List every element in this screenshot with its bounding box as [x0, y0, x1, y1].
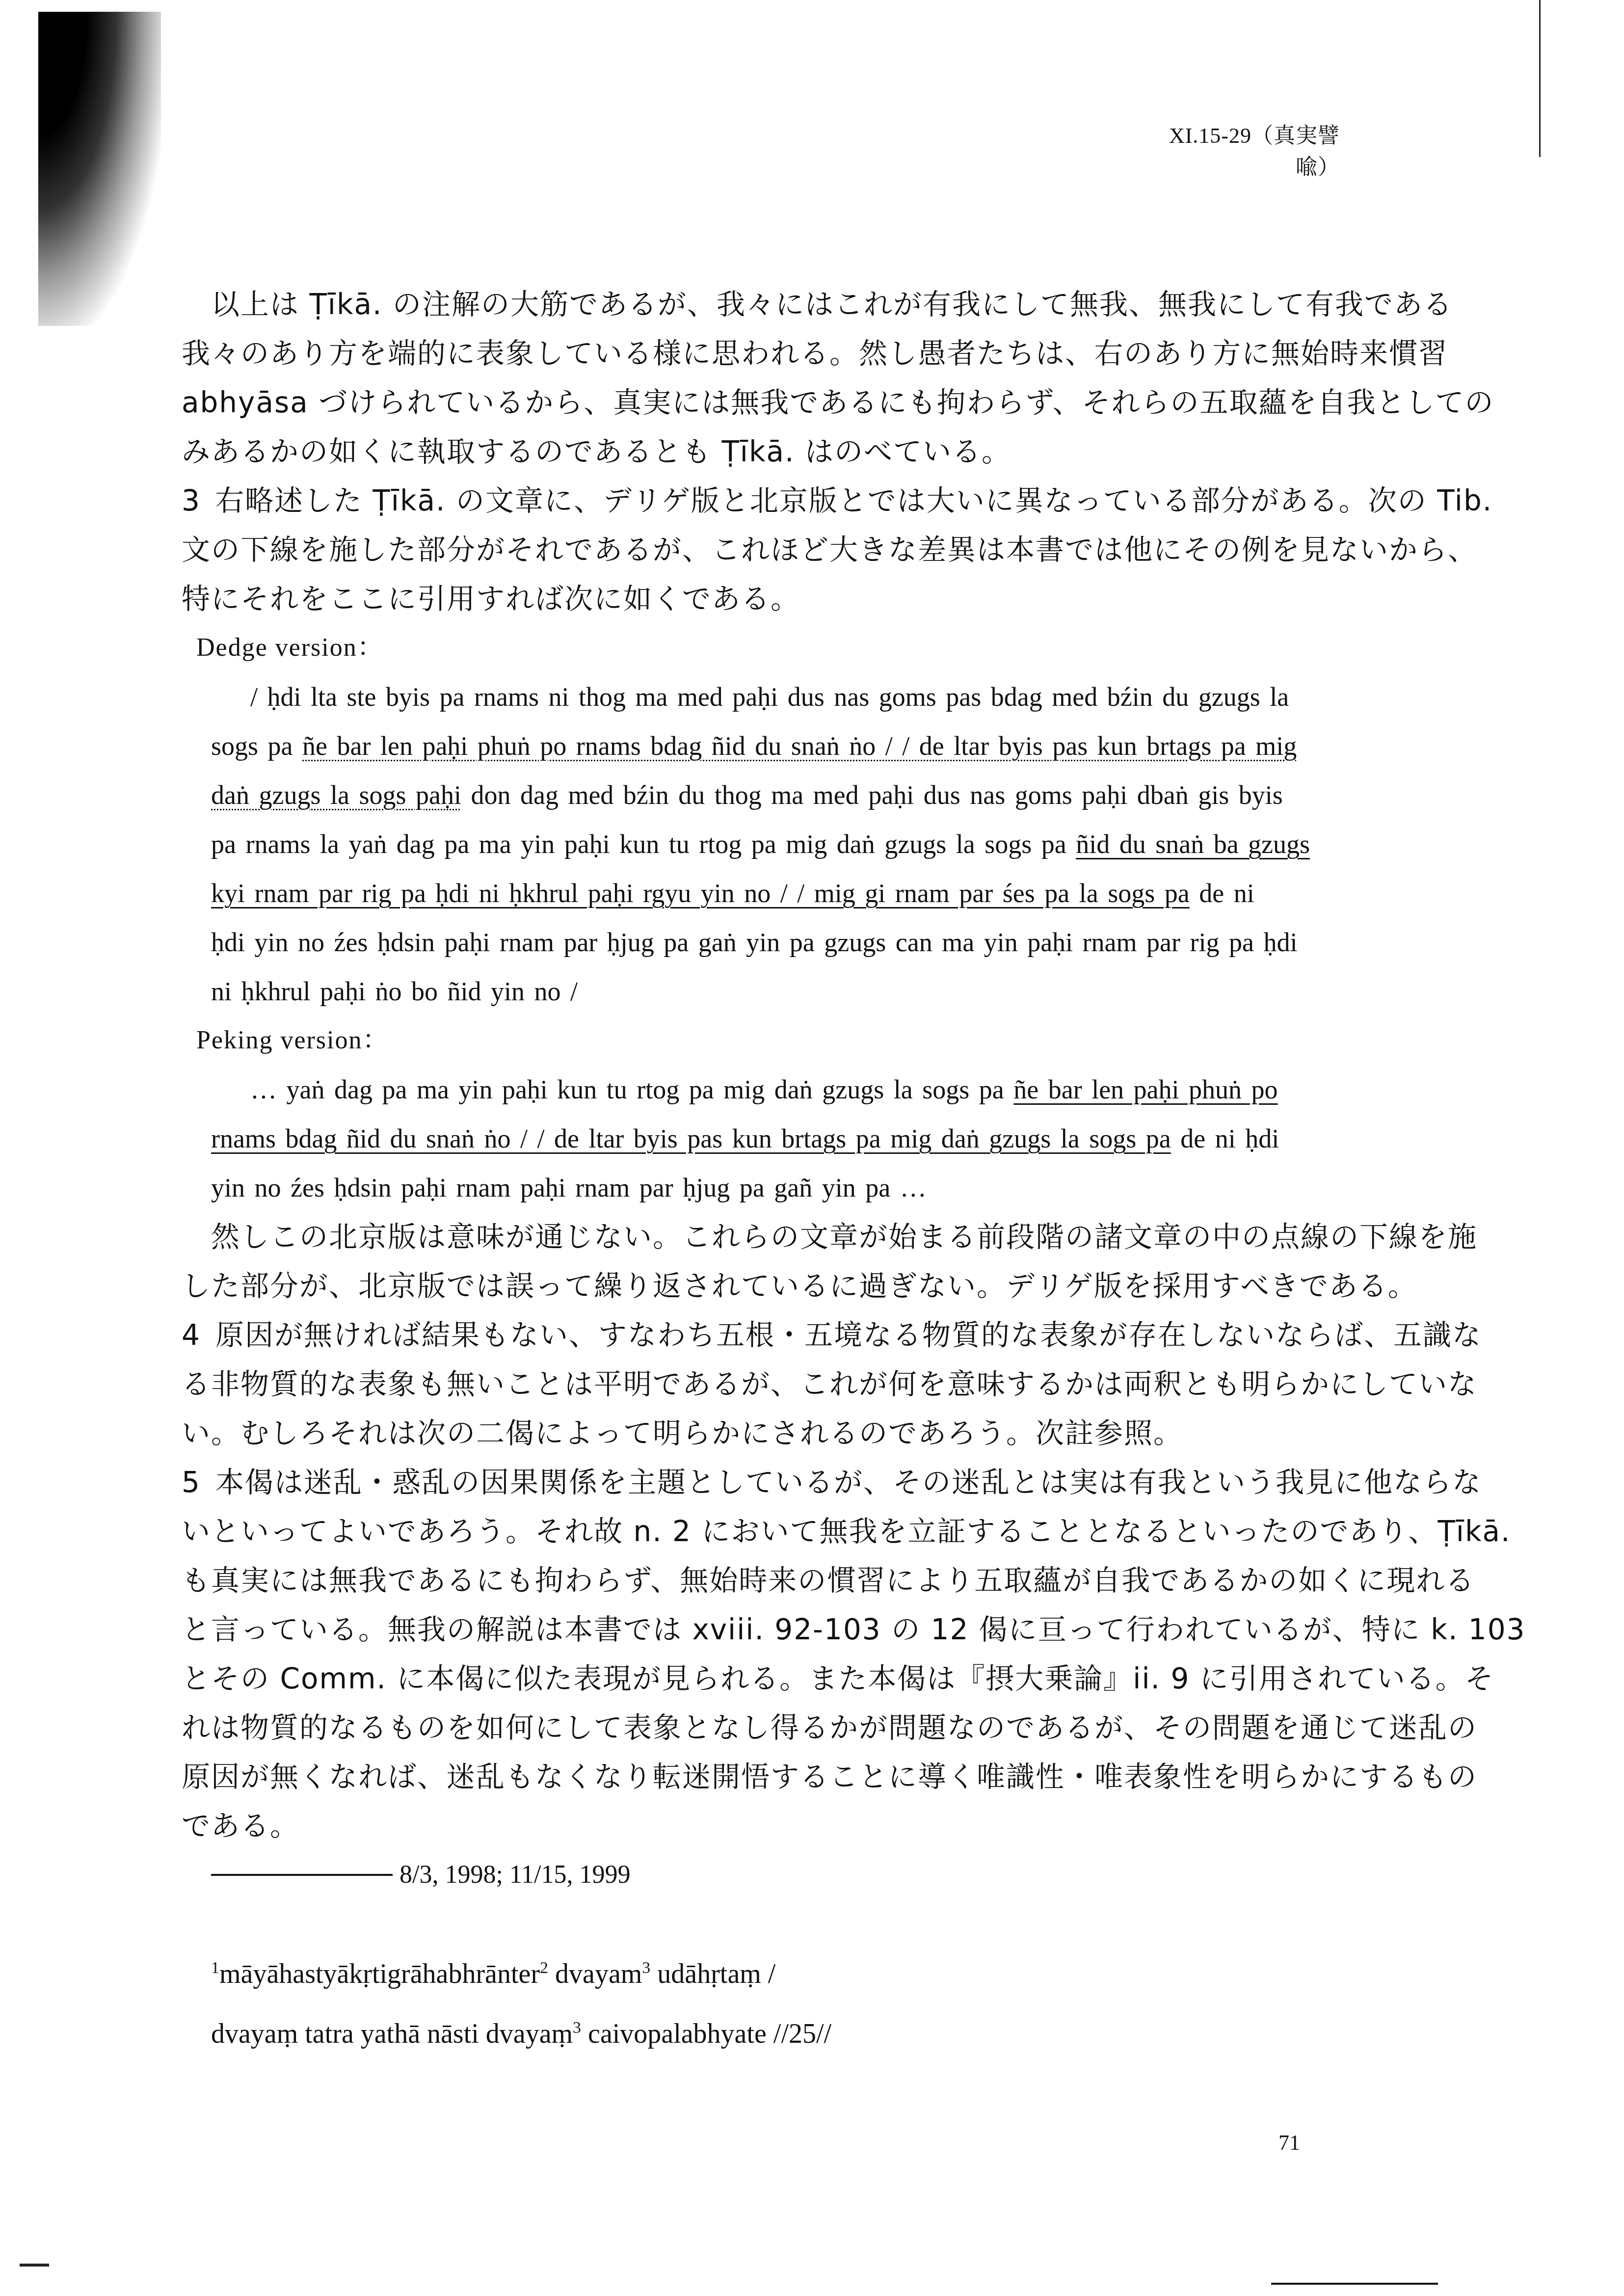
note-3-line: 3右略述した Ṭīkā. の文章に、デリゲ版と北京版とでは大いに異なっている部分…	[182, 476, 1340, 525]
note-5-line: 5本偈は迷乱・惑乱の因果関係を主題としているが、その迷乱とは実は有我という我見に…	[182, 1458, 1340, 1507]
tibetan-text: ḥdi yin no źes ḥdsin paḥi rnam par ḥjug …	[211, 928, 1297, 957]
scan-mark	[20, 2264, 49, 2267]
page-edge-rule	[1271, 2283, 1438, 2285]
underlined-text: rnams bdag ñid du snaṅ ṅo / / de ltar by…	[211, 1124, 1171, 1153]
tibetan-text: pa rnams la yaṅ dag pa ma yin paḥi kun t…	[211, 829, 1076, 859]
paragraph-line: 以上は Ṭīkā. の注解の大筋であるが、我々にはこれが有我にして無我、無我にし…	[182, 280, 1340, 329]
note-4-line: る非物質的な表象も無いことは平明であるが、これが何を意味するかは両釈とも明らかに…	[182, 1360, 1340, 1409]
note-number: 5	[182, 1466, 201, 1499]
note-3-line: 文の下線を施した部分がそれであるが、これほど大きな差異は本書では他にその例を見な…	[182, 525, 1340, 574]
verse-footnote-marker: 1	[211, 1959, 219, 1977]
note-5-line: と言っている。無我の解説は本書では xviii. 92-103 の 12 偈に亘…	[182, 1605, 1340, 1654]
note-5-line: れは物質的なるものを如何にして表象となし得るかが問題なのであるが、その問題を通じ…	[182, 1703, 1340, 1752]
tibetan-line: yin no źes ḥdsin paḥi rnam paḥi rnam par…	[182, 1163, 1340, 1212]
tibetan-text: de ni	[1190, 879, 1254, 908]
underlined-text: ñid du snaṅ ba gzugs	[1076, 829, 1310, 859]
sanskrit-verse: 1māyāhastyākṛtigrāhabhrānter2 dvayam3 ud…	[211, 1941, 831, 2060]
note-5-line: である。	[182, 1801, 1340, 1850]
verse-line-2: dvayaṃ tatra yathā nāsti dvayaṃ3 caivopa…	[211, 2001, 831, 2061]
tibetan-line: rnams bdag ñid du snaṅ ṅo / / de ltar by…	[182, 1114, 1340, 1163]
scan-shadow-corner	[38, 12, 161, 326]
tibetan-line: pa rnams la yaṅ dag pa ma yin paḥi kun t…	[182, 820, 1340, 869]
verse-text: dvayam	[548, 1959, 642, 1989]
note-text: 右略述した Ṭīkā. の文章に、デリゲ版と北京版とでは大いに異なっている部分が…	[215, 484, 1492, 517]
running-header: XI.15-29（真実譬喩）	[1153, 118, 1340, 181]
date-rule-divider	[211, 1874, 393, 1876]
paragraph-line: abhyāsa づけられているから、真実には無我であるにも拘わらず、それらの五取…	[182, 378, 1340, 427]
paragraph-line: 我々のあり方を端的に表象している様に思われる。然し愚者たちは、右のあり方に無始時…	[182, 329, 1340, 378]
note-4-line: い。むしろそれは次の二偈によって明らかにされるのであろう。次註参照。	[182, 1409, 1340, 1458]
tibetan-line: … yaṅ dag pa ma yin paḥi kun tu rtog pa …	[182, 1065, 1340, 1114]
note-text: 本偈は迷乱・惑乱の因果関係を主題としているが、その迷乱とは実は有我という我見に他…	[215, 1466, 1482, 1499]
verse-text: udāhṛtaṃ /	[650, 1959, 775, 1989]
tibetan-text: yin no źes ḥdsin paḥi rnam paḥi rnam par…	[211, 1173, 927, 1202]
note-5-line: 原因が無くなれば、迷乱もなくなり転迷開悟することに導く唯識性・唯表象性を明らかに…	[182, 1752, 1340, 1801]
verse-text: caivopalabhyate //25//	[581, 2018, 831, 2049]
binding-edge-line	[1539, 0, 1541, 157]
tibetan-text: sogs pa	[211, 731, 302, 761]
peking-version-label: Peking version：	[182, 1016, 1340, 1065]
underlined-text: ñe bar len paḥi phuṅ po	[1013, 1075, 1278, 1104]
note-5-line: とその Comm. に本偈に似た表現が見られる。また本偈は『摂大乗論』ii. 9…	[182, 1654, 1340, 1703]
verse-footnote-marker: 3	[642, 1959, 650, 1977]
dotted-underlined-text: ñe bar len paḥi phuṅ po rnams bdag ñid d…	[302, 731, 1297, 761]
note-text: 原因が無ければ結果もない、すなわち五根・五境なる物質的な表象が存在しないならば、…	[215, 1318, 1482, 1352]
tibetan-line: ḥdi yin no źes ḥdsin paḥi rnam par ḥjug …	[182, 918, 1340, 967]
verse-text: dvayaṃ tatra yathā nāsti dvayaṃ	[211, 2018, 573, 2049]
verse-footnote-marker: 3	[573, 2019, 581, 2037]
tibetan-text: don dag med bźin du thog ma med paḥi dus…	[461, 780, 1283, 810]
paragraph-line: 然しこの北京版は意味が通じない。これらの文章が始まる前段階の諸文章の中の点線の下…	[182, 1212, 1340, 1261]
tibetan-text: ni ḥkhrul paḥi ṅo bo ñid yin no /	[211, 977, 578, 1006]
note-number: 3	[182, 484, 201, 517]
dotted-underlined-text: daṅ gzugs la sogs paḥi	[211, 780, 461, 810]
tibetan-line: ni ḥkhrul paḥi ṅo bo ñid yin no /	[182, 967, 1340, 1016]
dates-text: 8/3, 1998; 11/15, 1999	[399, 1850, 630, 1899]
tibetan-line: daṅ gzugs la sogs paḥi don dag med bźin …	[182, 771, 1340, 820]
underlined-text: kyi rnam par rig pa ḥdi ni ḥkhrul paḥi r…	[211, 879, 1190, 908]
page-body: 以上は Ṭīkā. の注解の大筋であるが、我々にはこれが有我にして無我、無我にし…	[182, 280, 1340, 1899]
note-5-line: いといってよいであろう。それ故 n. 2 において無我を立証することとなるといっ…	[182, 1507, 1340, 1556]
verse-line-1: 1māyāhastyākṛtigrāhabhrānter2 dvayam3 ud…	[211, 1941, 831, 2001]
note-3-line: 特にそれをここに引用すれば次に如くである。	[182, 574, 1340, 623]
tibetan-text: de ni ḥdi	[1171, 1124, 1279, 1153]
verse-text: māyāhastyākṛtigrāhabhrānter	[219, 1959, 540, 1989]
revision-dates: 8/3, 1998; 11/15, 1999	[182, 1850, 1340, 1899]
paragraph-line: みあるかの如くに執取するのであるとも Ṭīkā. はのべている。	[182, 427, 1340, 476]
tibetan-line: kyi rnam par rig pa ḥdi ni ḥkhrul paḥi r…	[182, 869, 1340, 918]
tibetan-text: … yaṅ dag pa ma yin paḥi kun tu rtog pa …	[250, 1075, 1013, 1104]
dedge-version-label: Dedge version：	[182, 623, 1340, 672]
verse-footnote-marker: 2	[540, 1959, 548, 1977]
note-number: 4	[182, 1318, 201, 1352]
note-5-line: も真実には無我であるにも拘わらず、無始時来の慣習により五取蘊が自我であるかの如く…	[182, 1556, 1340, 1605]
tibetan-line: sogs pa ñe bar len paḥi phuṅ po rnams bd…	[182, 721, 1340, 771]
paragraph-line: した部分が、北京版では誤って繰り返されているに過ぎない。デリゲ版を採用すべきであ…	[182, 1261, 1340, 1310]
page-number: 71	[1278, 2130, 1300, 2155]
tibetan-line: / ḥdi lta ste byis pa rnams ni thog ma m…	[182, 672, 1340, 721]
note-4-line: 4原因が無ければ結果もない、すなわち五根・五境なる物質的な表象が存在しないならば…	[182, 1310, 1340, 1360]
tibetan-text: / ḥdi lta ste byis pa rnams ni thog ma m…	[250, 682, 1289, 712]
